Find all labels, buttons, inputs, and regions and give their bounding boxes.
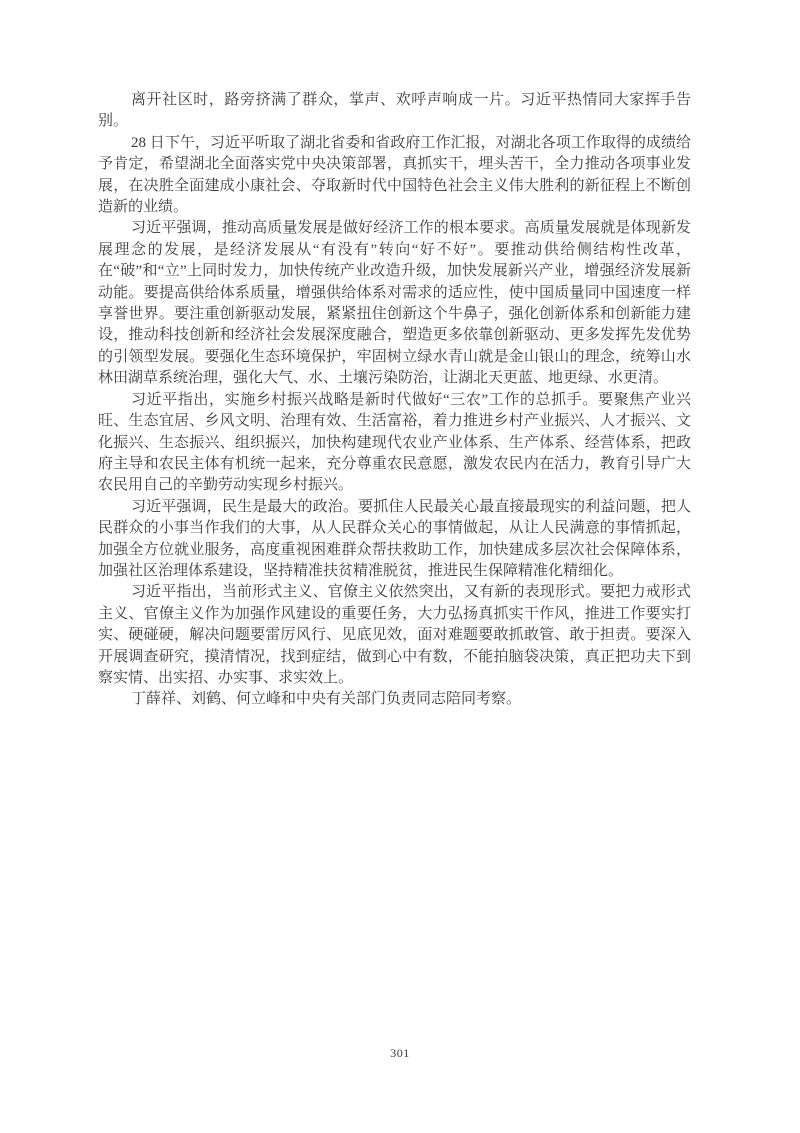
- article-body: 离开社区时，路旁挤满了群众，掌声、欢呼声响成一片。习近平热情同大家挥手告别。28…: [98, 90, 691, 711]
- paragraph: 28 日下午，习近平听取了湖北省委和省政府工作汇报，对湖北各项工作取得的成绩给予…: [98, 133, 691, 219]
- paragraph: 习近平指出，实施乡村振兴战略是新时代做好“三农”工作的总抓手。要聚焦产业兴旺、生…: [98, 390, 691, 497]
- paragraph: 离开社区时，路旁挤满了群众，掌声、欢呼声响成一片。习近平热情同大家挥手告别。: [98, 90, 691, 133]
- paragraph: 丁薛祥、刘鹤、何立峰和中央有关部门负责同志陪同考察。: [98, 689, 691, 710]
- paragraph: 习近平指出，当前形式主义、官僚主义依然突出，又有新的表现形式。要把力戒形式主义、…: [98, 582, 691, 689]
- paragraph: 习近平强调，推动高质量发展是做好经济工作的根本要求。高质量发展就是体现新发展理念…: [98, 218, 691, 389]
- page-number: 301: [0, 1046, 800, 1061]
- paragraph: 习近平强调，民生是最大的政治。要抓住人民最关心最直接最现实的利益问题，把人民群众…: [98, 497, 691, 583]
- document-page: 离开社区时，路旁挤满了群众，掌声、欢呼声响成一片。习近平热情同大家挥手告别。28…: [0, 0, 800, 1133]
